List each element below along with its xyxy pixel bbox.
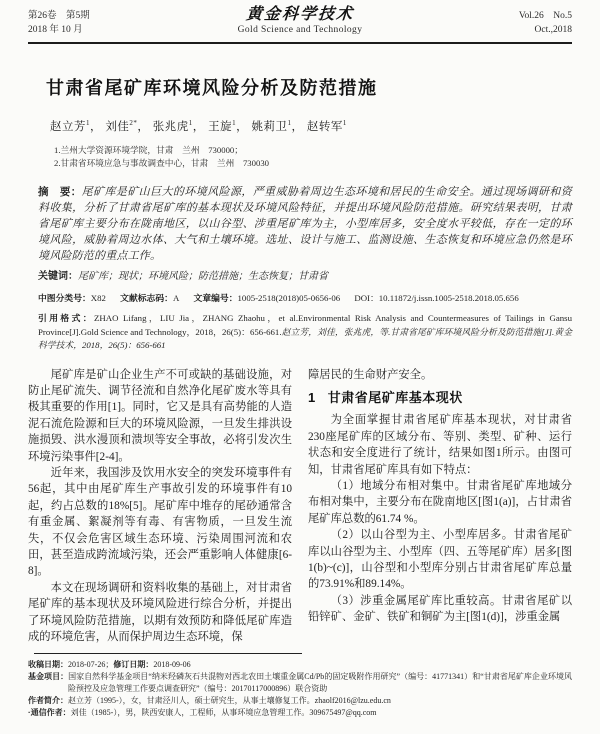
header-center: 黄金科学技术 Gold Science and Technology <box>178 8 422 37</box>
author-affil-sup: 1 <box>343 119 347 127</box>
funding-label: 基金项目： <box>28 672 68 681</box>
revised-label: 修订日期： <box>113 660 153 669</box>
volume-issue-cn: 第26卷 第5期 <box>28 9 178 23</box>
keywords: 关键词：尾矿库；现状；环境风险；防范措施；生态恢复；甘肃省 <box>38 267 572 282</box>
doi-group: DOI：10.11872/j.issn.1005-2518.2018.05.65… <box>354 293 518 303</box>
paragraph: （2）以山谷型为主、小型库居多。甘肃省尾矿库以山谷型为主、小型库（四、五等尾矿库… <box>308 527 572 593</box>
clc-group: 中图分类号：X82 <box>38 293 106 303</box>
received-date: 2018-07-26； <box>68 660 113 669</box>
paragraph: 尾矿库是矿山企业生产不可或缺的基础设施，对防止尾矿流失、调节径流和自然净化尾矿废… <box>28 367 292 465</box>
date-cn: 2018 年 10 月 <box>28 23 178 37</box>
journal-name-cn: 黄金科学技术 <box>178 8 423 22</box>
bio-text: 赵立芳（1995-），女，甘肃泾川人，硕士研究生，从事土壤修复工作。zhaolf… <box>68 696 391 705</box>
abstract-label: 摘 要： <box>38 186 82 198</box>
article-id-value: 1005-2518(2018)05-0656-06 <box>238 293 341 303</box>
doc-code-value: A <box>173 293 179 303</box>
affiliation-2: 2.甘肃省环境应急与事故调查中心，甘肃 兰州 730030 <box>54 157 572 170</box>
paragraph: 近年来，我国涉及饮用水安全的突发环境事件有56起，其中由尾矿库生产事故引发的环境… <box>28 465 292 580</box>
author-name: 王旋 <box>208 121 232 133</box>
author-name: 姚莉卫 <box>252 121 288 133</box>
clc-label: 中图分类号： <box>38 293 91 303</box>
paragraph: （1）地域分布相对集中。甘肃省尾矿库地域分布相对集中，主要分布在陇南地区[图1(… <box>308 478 572 527</box>
header-right: Vol.26 No.5 Oct.,2018 <box>422 9 572 37</box>
bio-label: 作者简介： <box>28 696 68 705</box>
author-name: 刘佳 <box>105 121 129 133</box>
author: 赵立芳1， <box>50 121 102 133</box>
paragraph: 本文在现场调研和资料收集的基础上，对甘肃省尾矿库的基本现状及环境风险进行综合分析… <box>28 580 292 646</box>
author: 赵转军1 <box>307 121 347 133</box>
revised-date: 2018-09-06 <box>153 660 190 669</box>
right-column: 障居民的生命财产安全。 1甘肃省尾矿库基本现状 为全面掌握甘肃省尾矿库基本现状，… <box>308 367 572 646</box>
doc-code-label: 文献标志码： <box>120 293 173 303</box>
volume-issue-en: Vol.26 No.5 <box>422 9 572 23</box>
author-name: 赵立芳 <box>50 121 86 133</box>
funding-text: 国家自然科学基金项目“纳米羟磷灰石共混物对西北农田土壤重金属Cd/Pb的固定吸附… <box>68 672 572 693</box>
paragraph-continuation: 障居民的生命财产安全。 <box>308 367 572 383</box>
doi-value: 10.11872/j.issn.1005-2518.2018.05.656 <box>379 293 519 303</box>
paragraph: （3）涉重金属尾矿库比重较高。甘肃省尾矿以铅锌矿、金矿、铁矿和铜矿为主[图1(d… <box>308 593 572 626</box>
article-title: 甘肃省尾矿库环境风险分析及防范措施 <box>46 74 572 100</box>
classification-line: 中图分类号：X82 文献标志码：A 文章编号：1005-2518(2018)05… <box>38 291 572 304</box>
author: 刘佳2*， <box>105 121 149 133</box>
section-heading: 1甘肃省尾矿库基本现状 <box>308 390 572 406</box>
author-name: 张兆虎 <box>153 121 189 133</box>
citation-block: 引用格式：ZHAO Lifang，LIU Jia，ZHANG Zhaohu，et… <box>38 312 572 353</box>
keywords-text: 尾矿库；现状；环境风险；防范措施；生态恢复；甘肃省 <box>78 271 328 282</box>
author-separator: ， <box>137 121 149 133</box>
affiliation-list: 1.兰州大学资源环境学院，甘肃 兰州 730000； 2.甘肃省环境应急与事故调… <box>54 144 572 170</box>
journal-name-en: Gold Science and Technology <box>178 23 422 37</box>
dates-line: 收稿日期：2018-07-26；修订日期：2018-09-06 <box>28 659 572 671</box>
paragraph: 为全面掌握甘肃省尾矿库基本现状，对甘肃省230座尾矿库的区域分布、等别、类型、矿… <box>308 412 572 478</box>
article-id-label: 文章编号： <box>194 293 238 303</box>
author: 姚莉卫1， <box>252 121 304 133</box>
author-bio-line: 作者简介：赵立芳（1995-），女，甘肃泾川人，硕士研究生，从事土壤修复工作。z… <box>28 695 572 707</box>
author-name: 赵转军 <box>307 121 343 133</box>
author-separator: ， <box>292 121 304 133</box>
author: 张兆虎1， <box>153 121 205 133</box>
body-columns: 尾矿库是矿山企业生产不可或缺的基础设施，对防止尾矿流失、调节径流和自然净化尾矿废… <box>28 367 572 646</box>
abstract: 摘 要：尾矿库是矿山巨大的环境风险源，严重威胁着周边生态环境和居民的生命安全。通… <box>38 184 572 264</box>
author-list: 赵立芳1， 刘佳2*， 张兆虎1， 王旋1， 姚莉卫1， 赵转军1 <box>50 118 572 134</box>
header-left: 第26卷 第5期 2018 年 10 月 <box>28 9 178 37</box>
paper-page: 第26卷 第5期 2018 年 10 月 黄金科学技术 Gold Science… <box>0 0 600 734</box>
footnote-separator <box>34 653 302 654</box>
funding-line: 基金项目：国家自然科学基金项目“纳米羟磷灰石共混物对西北农田土壤重金属Cd/Pb… <box>28 671 572 695</box>
journal-header: 第26卷 第5期 2018 年 10 月 黄金科学技术 Gold Science… <box>28 8 572 44</box>
article-id-group: 文章编号：1005-2518(2018)05-0656-06 <box>194 293 341 303</box>
doc-code-group: 文献标志码：A <box>120 293 179 303</box>
section-number: 1 <box>308 390 316 405</box>
section-title: 甘肃省尾矿库基本现状 <box>328 390 463 405</box>
received-label: 收稿日期： <box>28 660 68 669</box>
corresponding-text: 刘佳（1985-），男，陕西安康人，工程师，从事环境应急管理工作。3096754… <box>71 708 377 717</box>
corresponding-author-line: ·通信作者：刘佳（1985-），男，陕西安康人，工程师，从事环境应急管理工作。3… <box>28 707 572 719</box>
author-separator: ， <box>90 121 102 133</box>
abstract-text: 尾矿库是矿山巨大的环境风险源，严重威胁着周边生态环境和居民的生命安全。通过现场调… <box>38 186 572 262</box>
date-en: Oct.,2018 <box>422 23 572 37</box>
doi-label: DOI： <box>354 293 378 303</box>
citation-label: 引用格式： <box>38 313 94 323</box>
author-separator: ， <box>236 121 248 133</box>
left-column: 尾矿库是矿山企业生产不可或缺的基础设施，对防止尾矿流失、调节径流和自然净化尾矿废… <box>28 367 292 646</box>
footnotes: 收稿日期：2018-07-26；修订日期：2018-09-06 基金项目：国家自… <box>28 659 572 718</box>
affiliation-1: 1.兰州大学资源环境学院，甘肃 兰州 730000； <box>54 144 572 157</box>
keywords-label: 关键词： <box>38 271 78 282</box>
corresponding-label: ·通信作者： <box>28 708 71 717</box>
author-separator: ， <box>193 121 205 133</box>
author: 王旋1， <box>208 121 248 133</box>
clc-value: X82 <box>91 293 106 303</box>
